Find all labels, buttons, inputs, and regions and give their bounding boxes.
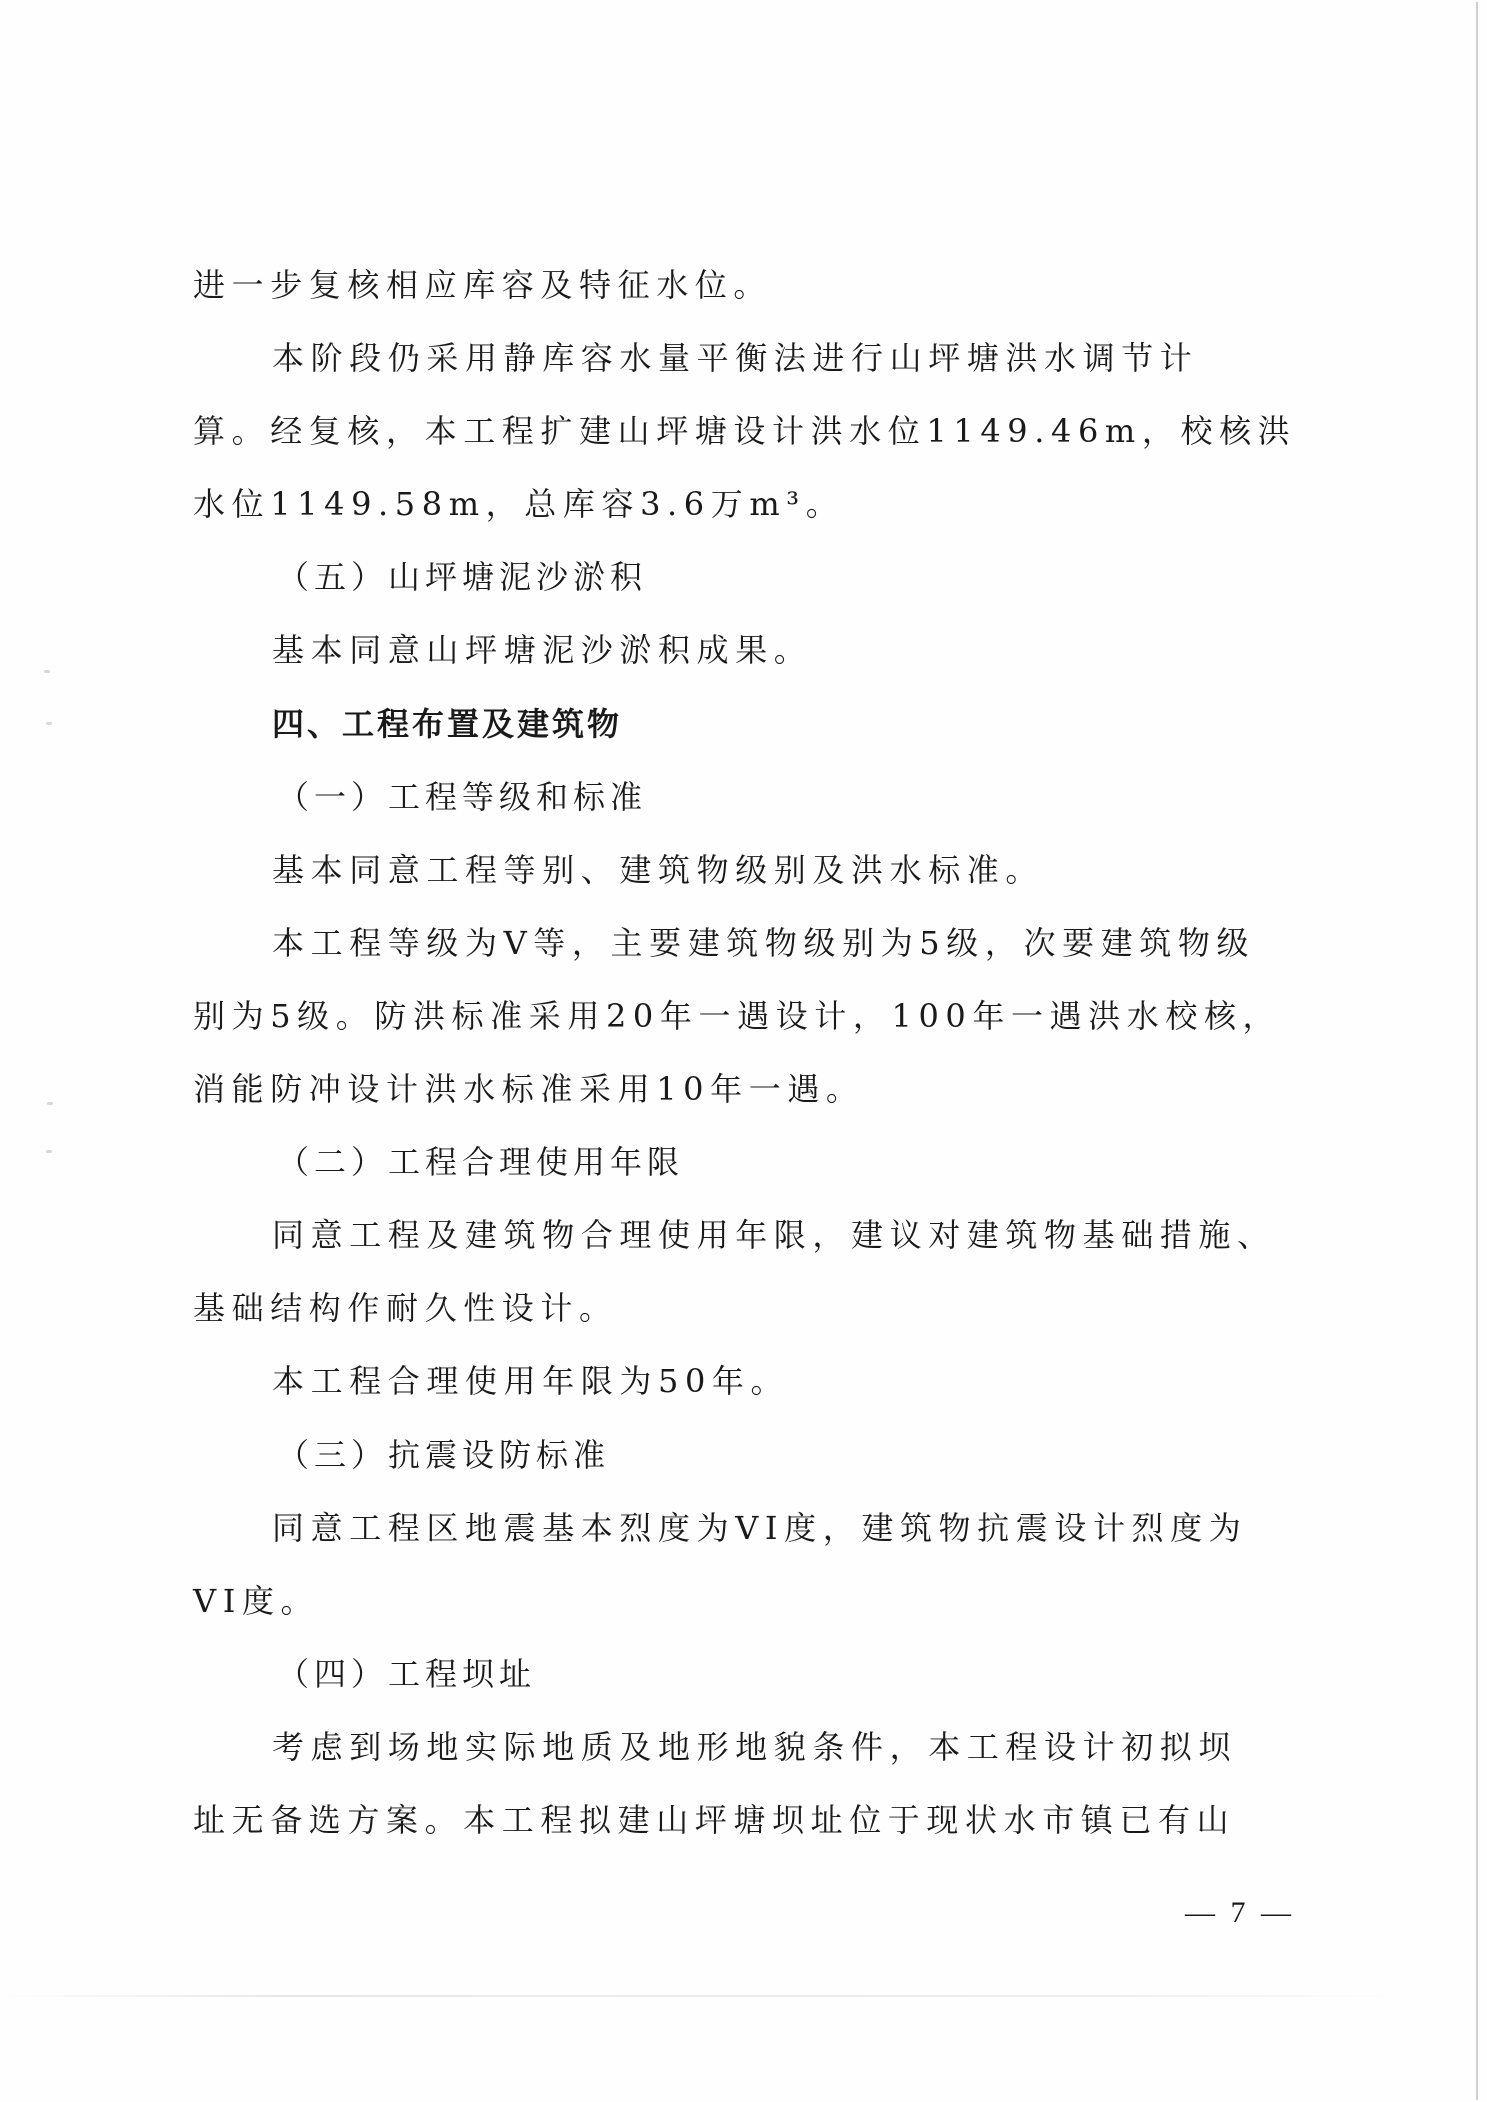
text-line-continuation: 进一步复核相应库容及特征水位。 [193,249,1288,322]
sub-heading-sedimentation: （五）山坪塘泥沙淤积 [193,541,1288,614]
paragraph-dam-site: 考虑到场地实际地质及地形地貌条件，本工程设计初拟坝 [193,1711,1288,1784]
scan-speck [44,670,50,673]
paragraph-service-life-value: 本工程合理使用年限为50年。 [193,1345,1288,1418]
paragraph-service-life-agreement: 同意工程及建筑物合理使用年限，建议对建筑物基础措施、 [193,1199,1288,1272]
text-line-continuation: 别为5级。防洪标准采用20年一遇设计，100年一遇洪水校核， [193,980,1288,1053]
scan-speck [46,1150,52,1153]
sub-heading-service-life: （二）工程合理使用年限 [193,1126,1288,1199]
sub-heading-seismic-standard: （三）抗震设防标准 [193,1419,1288,1492]
sub-heading-grade-standard: （一）工程等级和标准 [193,761,1288,834]
document-page: 进一步复核相应库容及特征水位。 本阶段仍采用静库容水量平衡法进行山坪塘洪水调节计… [0,0,1487,2102]
scan-speck [46,722,52,725]
paragraph-grade-details: 本工程等级为V等，主要建筑物级别为5级，次要建筑物级 [193,907,1288,980]
section-heading-layout-structures: 四、工程布置及建筑物 [193,688,1288,761]
paragraph-sedimentation: 基本同意山坪塘泥沙淤积成果。 [193,614,1288,687]
text-line-continuation: VI度。 [193,1565,1288,1638]
sub-heading-dam-site: （四）工程坝址 [193,1638,1288,1711]
paragraph-seismic-intensity: 同意工程区地震基本烈度为VI度，建筑物抗震设计烈度为 [193,1492,1288,1565]
text-line-continuation: 消能防冲设计洪水标准采用10年一遇。 [193,1053,1288,1126]
scan-speck [47,1102,53,1105]
scan-edge-line [1476,2,1478,2100]
text-line-continuation: 基础结构作耐久性设计。 [193,1272,1288,1345]
text-line-continuation: 水位1149.58m，总库容3.6万m³。 [193,468,1288,541]
page-number: — 7 — [1170,1896,1310,1930]
paragraph-grade-agreement: 基本同意工程等别、建筑物级别及洪水标准。 [193,834,1288,907]
text-line-continuation: 算。经复核，本工程扩建山坪塘设计洪水位1149.46m，校核洪 [193,395,1288,468]
scan-artifact-line [0,1995,1400,1997]
document-body: 进一步复核相应库容及特征水位。 本阶段仍采用静库容水量平衡法进行山坪塘洪水调节计… [193,249,1288,1857]
paragraph-flood-routing: 本阶段仍采用静库容水量平衡法进行山坪塘洪水调节计 [193,322,1288,395]
text-line-continuation: 址无备选方案。本工程拟建山坪塘坝址位于现状水市镇已有山 [193,1784,1288,1857]
